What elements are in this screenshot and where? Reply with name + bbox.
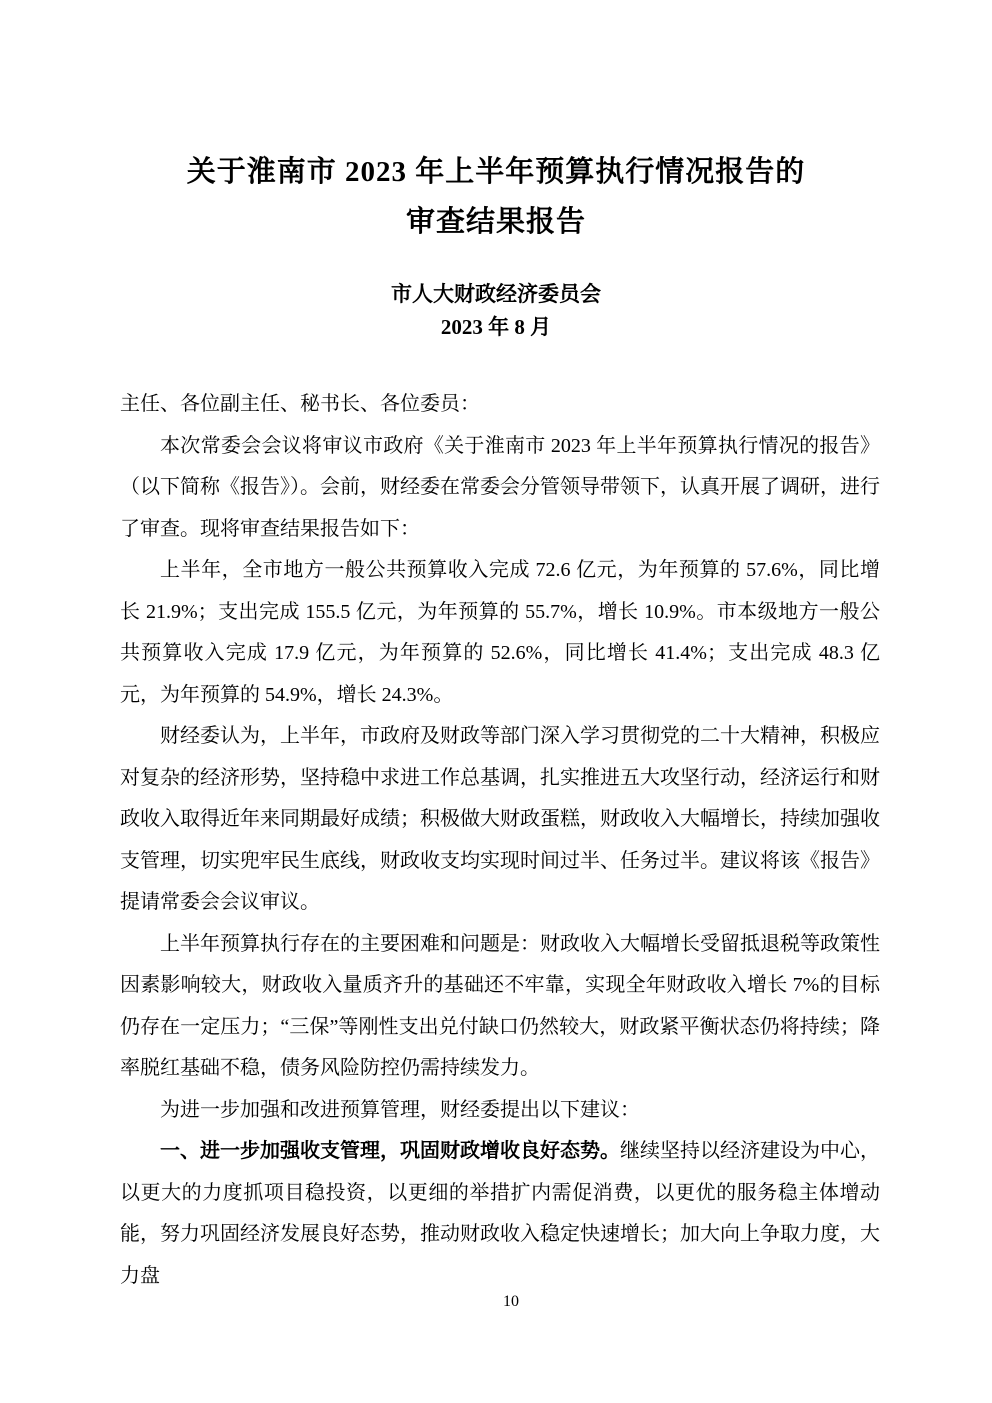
document-title: 关于淮南市 2023 年上半年预算执行情况报告的 审查结果报告 xyxy=(0,0,992,247)
report-date: 2023 年 8 月 xyxy=(0,311,992,344)
author-line: 市人大财政经济委员会 xyxy=(0,278,992,311)
recommendation-paragraph: 一、进一步加强收支管理，巩固财政增收良好态势。继续坚持以经济建设为中心，以更大的… xyxy=(120,1131,880,1297)
problems-paragraph: 上半年预算执行存在的主要困难和问题是：财政收入大幅增长受留抵退税等政策性因素影响… xyxy=(120,924,880,1090)
intro-paragraph: 本次常委会会议将审议市政府《关于淮南市 2023 年上半年预算执行情况的报告》（… xyxy=(120,426,880,551)
document-page: 关于淮南市 2023 年上半年预算执行情况报告的 审查结果报告 市人大财政经济委… xyxy=(0,0,992,1403)
salutation: 主任、各位副主任、秘书长、各位委员： xyxy=(120,384,880,426)
title-line-2: 审查结果报告 xyxy=(0,197,992,247)
recommendation-heading: 一、进一步加强收支管理，巩固财政增收良好态势。 xyxy=(160,1140,620,1162)
assessment-paragraph: 财经委认为，上半年，市政府及财政等部门深入学习贯彻党的二十大精神，积极应对复杂的… xyxy=(120,716,880,924)
suggestions-lead-paragraph: 为进一步加强和改进预算管理，财经委提出以下建议： xyxy=(120,1090,880,1132)
page-number: 10 xyxy=(503,1294,519,1310)
document-body: 主任、各位副主任、秘书长、各位委员： 本次常委会会议将审议市政府《关于淮南市 2… xyxy=(120,384,880,1297)
title-line-1: 关于淮南市 2023 年上半年预算执行情况报告的 xyxy=(0,147,992,197)
budget-figures-paragraph: 上半年，全市地方一般公共预算收入完成 72.6 亿元，为年预算的 57.6%，同… xyxy=(120,550,880,716)
